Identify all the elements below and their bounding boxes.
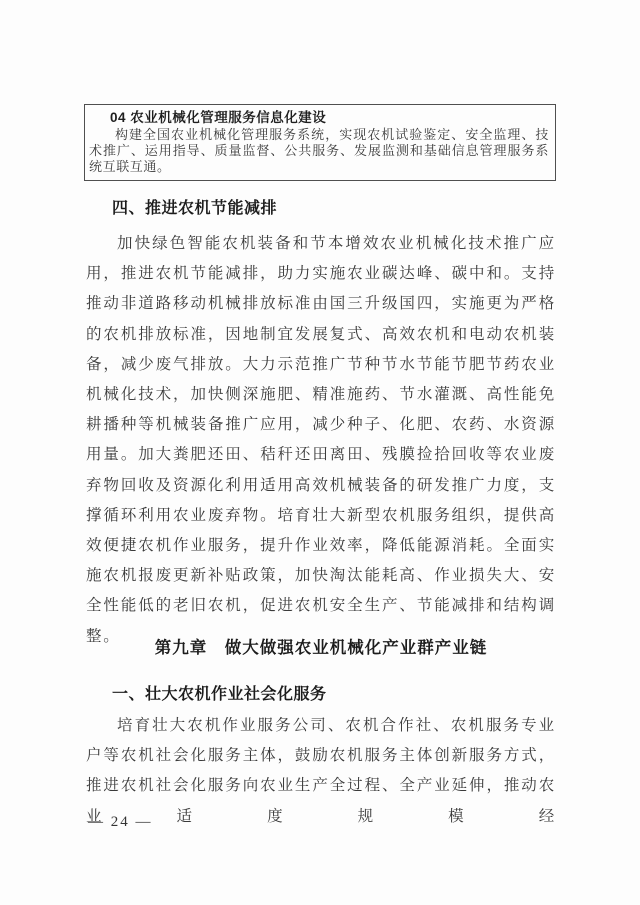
section-heading-socialized-service: 一、壮大农机作业社会化服务	[112, 684, 327, 705]
page-number: — 24 —	[88, 814, 153, 831]
section-heading-energy-saving: 四、推进农机节能减排	[112, 198, 277, 219]
paragraph-socialized-service: 培育壮大农机作业服务公司、农机合作社、农机服务专业户等农机社会化服务主体，鼓励农…	[86, 711, 556, 832]
info-box: 04 农业机械化管理服务信息化建设 构建全国农业机械化管理服务系统，实现农机试验…	[84, 104, 556, 181]
paragraph-energy-saving: 加快绿色智能农机装备和节本增效农业机械化技术推广应用，推进农机节能减排，助力实施…	[86, 229, 556, 652]
document-page: 04 农业机械化管理服务信息化建设 构建全国农业机械化管理服务系统，实现农机试验…	[0, 0, 640, 905]
chapter-nine-heading: 第九章 做大做强农业机械化产业群产业链	[86, 637, 556, 659]
info-box-body: 构建全国农业机械化管理服务系统，实现农机试验鉴定、安全监理、技术推广、运用指导、…	[89, 127, 549, 174]
info-box-title: 04 农业机械化管理服务信息化建设	[110, 108, 549, 127]
